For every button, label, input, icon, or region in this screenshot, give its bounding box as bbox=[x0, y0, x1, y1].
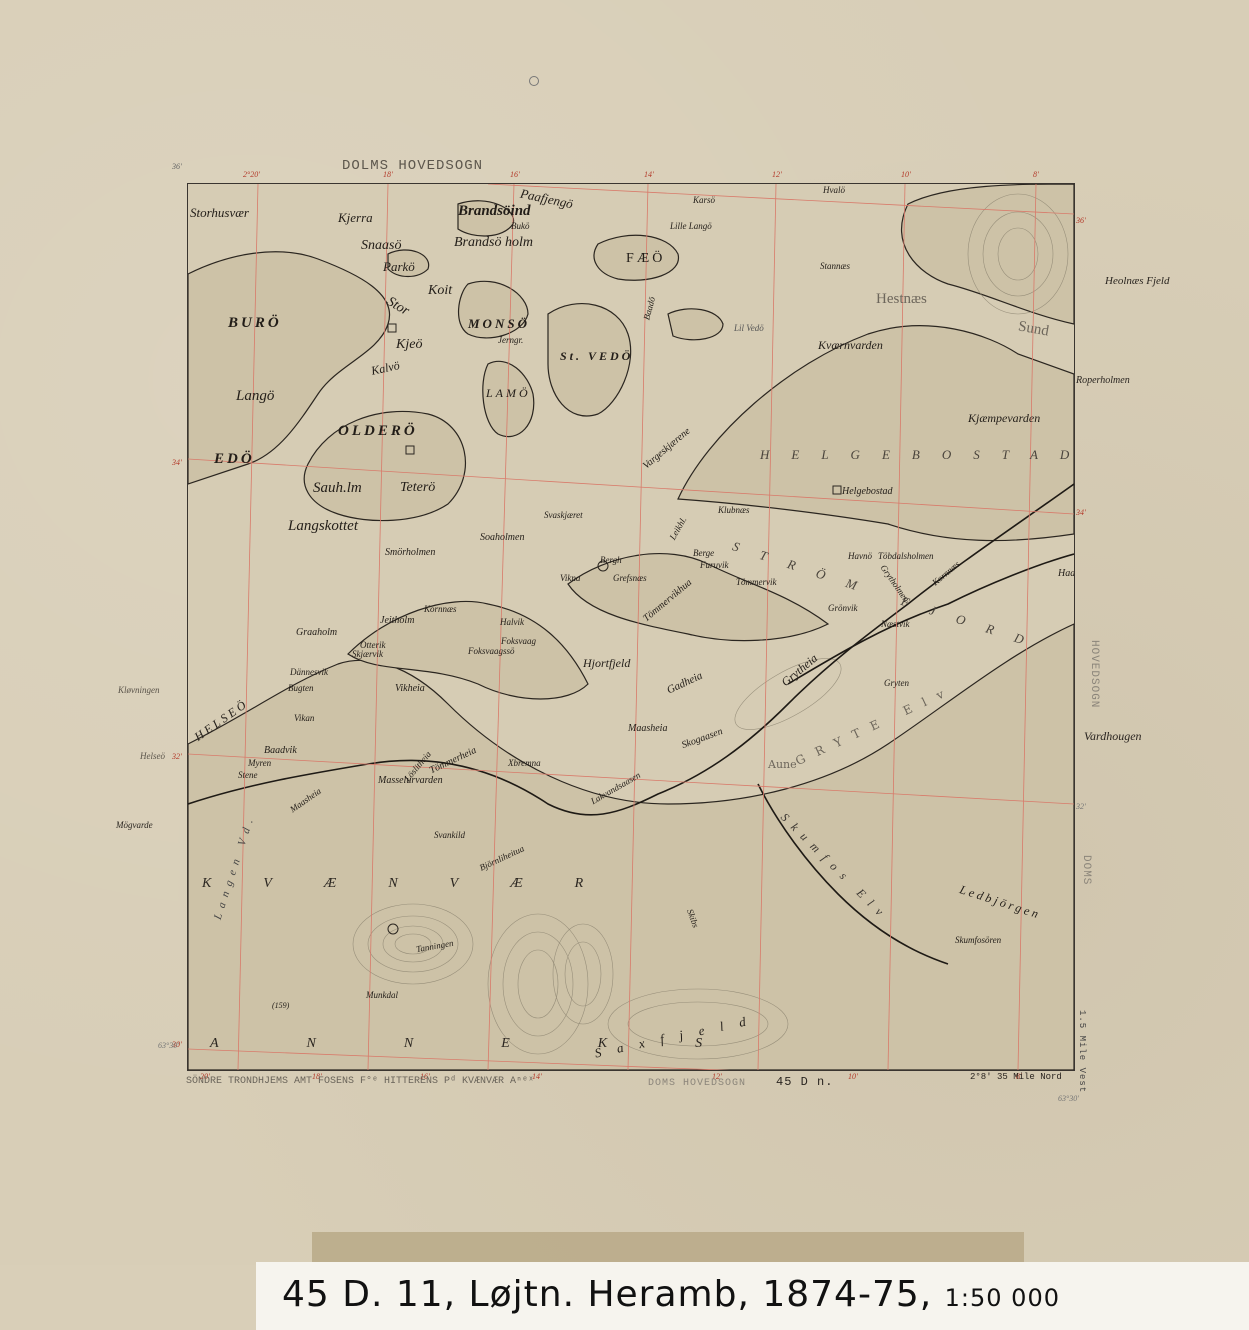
label-roperholmen: Roperholmen bbox=[1076, 376, 1130, 386]
top-tick: 8' bbox=[1033, 170, 1039, 179]
map-sheet: DOLMS HOVEDSOGN 36' 2°20' 18' 16' 14' 12… bbox=[0, 0, 1249, 1265]
label-vikan: Vikan bbox=[294, 714, 314, 723]
label-vikheia: Vikheia bbox=[395, 684, 425, 694]
label-koit: Koit bbox=[428, 284, 452, 298]
right-side-bottom: 1.5 Mile Vest bbox=[1077, 1010, 1087, 1093]
corner-tl: 36' bbox=[172, 162, 182, 171]
catalog-text: 45 D. 11, Løjtn. Heramb, 1874-75, 1:50 0… bbox=[282, 1274, 1060, 1315]
label-foksvaag: Foksvaag bbox=[501, 637, 536, 646]
label-gronvik: Grönvik bbox=[828, 604, 858, 613]
catalog-label: 45 D. 11, Løjtn. Heramb, 1874-75, 1:50 0… bbox=[256, 1262, 1249, 1330]
right-side-upper: HOVEDSOGN bbox=[1088, 640, 1100, 708]
label-grefsnaes: Grefsnæs bbox=[613, 574, 647, 583]
label-soholmen: Soaholmen bbox=[480, 533, 524, 543]
corner-br: 63°30' bbox=[1058, 1094, 1079, 1103]
label-karso: Karsö bbox=[693, 196, 715, 205]
label-svaskjaeret: Svaskjæret bbox=[544, 511, 583, 520]
right-tick: 34' bbox=[1076, 508, 1086, 517]
top-tick: 18' bbox=[383, 170, 393, 179]
label-havno: Havnö bbox=[848, 552, 872, 561]
label-storhusvaer: Storhusvær bbox=[190, 206, 249, 219]
header-bottom-mid: DOMS HOVEDSOGN bbox=[648, 1078, 746, 1089]
bottom-tick: 10' bbox=[848, 1072, 858, 1081]
label-hvalo: Hvalö bbox=[823, 186, 845, 195]
right-tick: 32' bbox=[1076, 802, 1086, 811]
label-stene: Stene bbox=[238, 771, 258, 780]
label-mogvarde: Mögvarde bbox=[116, 821, 153, 830]
label-helseo: Helseö bbox=[140, 752, 165, 761]
label-oldero: OLDERÖ bbox=[338, 424, 418, 439]
label-kjeo: Kjeö bbox=[396, 338, 422, 352]
label-munkdal: Munkdal bbox=[366, 991, 398, 1000]
label-lango: Langö bbox=[236, 389, 274, 404]
label-berge: Berge bbox=[693, 549, 714, 558]
label-dannesvik: Dännesvik bbox=[290, 668, 328, 677]
label-brandso-holm: Brandsö holm bbox=[454, 236, 533, 250]
label-lamo: LAMÖ bbox=[486, 387, 531, 399]
label-furuvik: Furuvik bbox=[700, 561, 729, 570]
label-hestnaes: Hestnæs bbox=[876, 292, 927, 307]
bottom-right-note: 2°8' 35 Mile Nord bbox=[970, 1072, 1062, 1082]
label-aune: Aune bbox=[768, 759, 797, 770]
label-bugten: Bugten bbox=[288, 684, 314, 693]
label-masselurvarden: Masselurvarden bbox=[378, 776, 443, 786]
label-lille-lango: Lille Langö bbox=[670, 222, 712, 231]
label-buko: Bukö bbox=[511, 222, 530, 231]
label-klovningen: Kløvningen bbox=[118, 686, 160, 695]
label-snaaso: Snaasö bbox=[361, 239, 401, 253]
header-top: DOLMS HOVEDSOGN bbox=[342, 158, 483, 174]
label-graaholm: Graaholm bbox=[296, 628, 337, 638]
label-vikna: Vikna bbox=[560, 574, 580, 583]
label-tommervik: Tömmervik bbox=[736, 578, 777, 587]
label-faeo: FÆÖ bbox=[626, 252, 665, 266]
label-baadvik: Baadvik bbox=[264, 746, 297, 756]
label-langskottet: Langskottet bbox=[288, 519, 358, 534]
label-st-vedo: St. VEDÖ bbox=[560, 350, 633, 362]
corner-bl: 63°30' bbox=[158, 1041, 179, 1050]
registration-mark bbox=[529, 76, 539, 86]
label-elevation-159: (159) bbox=[272, 1002, 289, 1010]
label-smorholmen: Smörholmen bbox=[385, 548, 435, 558]
label-brandsoind: Brandsöind bbox=[458, 204, 531, 219]
label-parko: Parkö bbox=[383, 260, 415, 273]
label-svankild: Svankild bbox=[434, 831, 465, 840]
label-jeitholm: Jeitholm bbox=[380, 616, 414, 626]
label-helgebostad-area: HELGEBOSTADÖ bbox=[760, 448, 1075, 461]
label-bergh: Bergh bbox=[600, 556, 622, 565]
label-jerngr: Jerngr. bbox=[498, 336, 523, 345]
top-tick: 12' bbox=[772, 170, 782, 179]
label-helgebostad: Helgebostad bbox=[842, 487, 893, 497]
label-maasheia: Maasheia bbox=[628, 724, 667, 734]
label-foksvaagsso: Foksvaagssö bbox=[468, 647, 515, 656]
label-hjortfjeld: Hjortfjeld bbox=[583, 657, 630, 669]
catalog-id-author-year: 45 D. 11, Løjtn. Heramb, 1874-75, bbox=[282, 1274, 932, 1315]
left-tick: 34' bbox=[172, 458, 182, 467]
top-tick: 10' bbox=[901, 170, 911, 179]
label-monso: MONSÖ bbox=[468, 317, 530, 330]
left-tick: 32' bbox=[172, 752, 182, 761]
header-bottom-left: SÖNDRE TRONDHJEMS AMT FOSENS F°ᵉ HITTERE… bbox=[186, 1076, 534, 1087]
label-annekser: ANNEKS bbox=[210, 1037, 790, 1051]
catalog-scale: 1:50 000 bbox=[945, 1284, 1060, 1312]
label-edo: EDÖ bbox=[214, 452, 255, 467]
label-lil-vedo: Lil Vedö bbox=[734, 324, 764, 333]
label-skumfosoren: Skumfosören bbox=[955, 936, 1001, 945]
right-side-lower: DOMS bbox=[1080, 855, 1092, 885]
top-tick: 16' bbox=[510, 170, 520, 179]
map-area: Storhusvær Kjerra Snaasö Parkö Brandsöin… bbox=[187, 183, 1075, 1071]
label-klubnaes: Klubnæs bbox=[718, 506, 750, 515]
label-xbremna: Xbremna bbox=[508, 759, 541, 768]
label-kvaenvaer: KVÆNVÆR bbox=[202, 877, 635, 891]
label-heolnaes-fjeld: Heolnæs Fjeld bbox=[1105, 276, 1169, 287]
sheet-number: 45 D n. bbox=[776, 1075, 833, 1089]
label-buro: BURÖ bbox=[228, 316, 282, 331]
label-stannaes: Stannæs bbox=[820, 262, 850, 271]
right-tick: 36' bbox=[1076, 216, 1086, 225]
label-kornnaes-w: Kornnæs bbox=[424, 605, 457, 614]
label-tetero: Teterö bbox=[400, 481, 435, 495]
label-myren: Myren bbox=[248, 759, 271, 768]
label-naestvik: Næstvik bbox=[881, 620, 910, 629]
label-kjaempevarden: Kjæmpevarden bbox=[968, 412, 1040, 424]
label-gryten: Gryten bbox=[884, 679, 909, 688]
label-halvik: Halvik bbox=[500, 618, 524, 627]
label-kvaernvarden: Kværnvarden bbox=[818, 339, 883, 351]
top-tick: 14' bbox=[644, 170, 654, 179]
top-tick: 2°20' bbox=[243, 170, 260, 179]
label-kjerra: Kjerra bbox=[338, 211, 373, 224]
label-tobdalsholmen: Töbdalsholmen bbox=[878, 552, 934, 561]
label-haavik: Haavik bbox=[1058, 569, 1075, 579]
label-skjaervik: Skjærvik bbox=[352, 650, 383, 659]
label-vardhougen: Vardhougen bbox=[1084, 730, 1142, 742]
label-sauholm: Sauh.lm bbox=[313, 481, 362, 496]
